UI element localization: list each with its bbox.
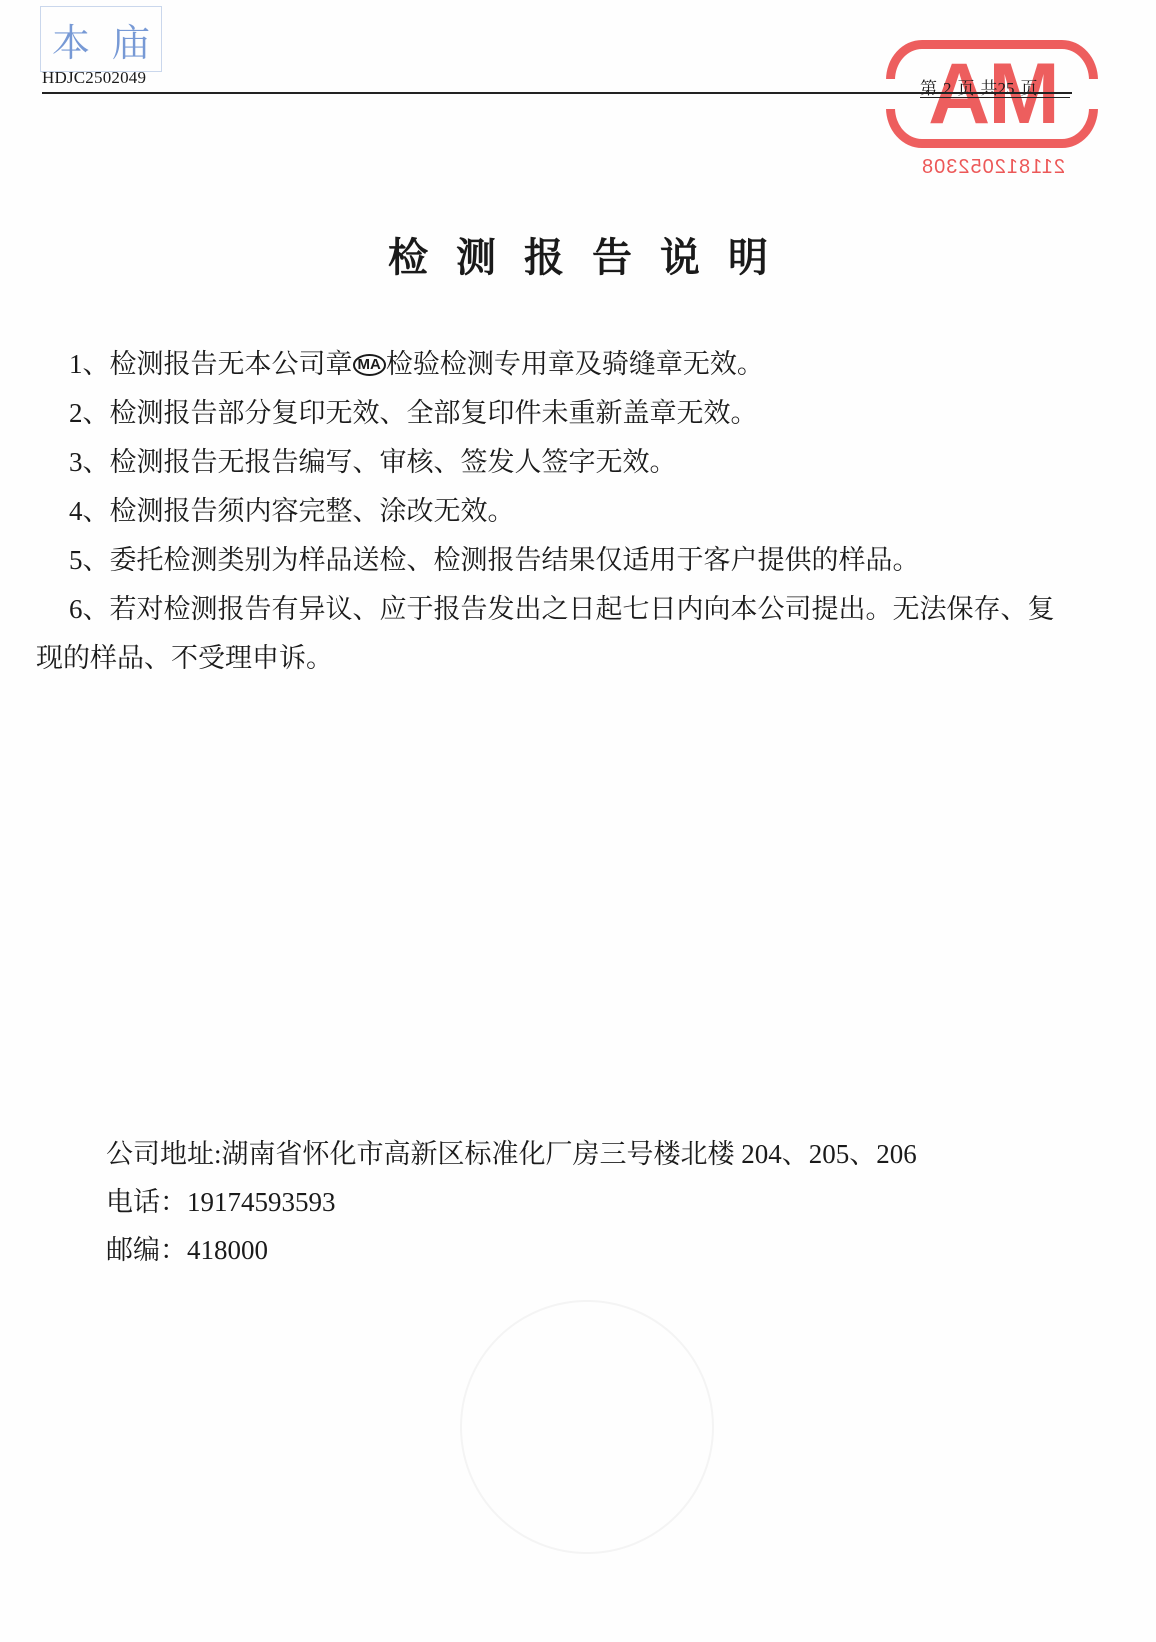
note-item: 5、委托检测类别为样品送检、检测报告结果仅适用于客户提供的样品。	[36, 536, 1076, 585]
postcode-line: 邮编：418000	[106, 1226, 917, 1274]
seal-char: 本	[52, 12, 90, 67]
total-label: 页	[1021, 79, 1038, 98]
seal-char: 庙	[112, 12, 150, 67]
note-item: 1、检测报告无本公司章MA检验检测专用章及骑缝章无效。	[36, 340, 1076, 389]
page-counter-underline	[920, 97, 1070, 98]
address-label: 公司地址:	[106, 1139, 222, 1169]
header-divider	[42, 92, 1072, 94]
faint-seal-watermark	[460, 1300, 714, 1554]
phone-line: 电话：19174593593	[106, 1178, 917, 1226]
total-pages: 25	[998, 79, 1015, 98]
page-title: 检测报告说明	[0, 226, 1156, 283]
address-line: 公司地址:湖南省怀化市高新区标准化厂房三号楼北楼 204、205、206	[106, 1130, 917, 1178]
note-text: 检验检测专用章及骑缝章无效。	[386, 349, 764, 379]
page-prefix: 第	[920, 79, 937, 98]
note-text: 委托检测类别为样品送检、检测报告结果仅适用于客户提供的样品。	[110, 545, 920, 575]
address-value: 湖南省怀化市高新区标准化厂房三号楼北楼 204、205、206	[222, 1139, 917, 1169]
note-number: 2、	[69, 398, 110, 428]
stamp-serial-number: 211812052308	[888, 156, 1098, 179]
note-item: 2、检测报告部分复印无效、全部复印件未重新盖章无效。	[36, 389, 1076, 438]
report-notes-list: 1、检测报告无本公司章MA检验检测专用章及骑缝章无效。 2、检测报告部分复印无效…	[36, 340, 1076, 683]
note-text: 检测报告无本公司章	[110, 349, 353, 379]
cma-mark-icon: MA	[353, 354, 386, 376]
note-number: 6、	[69, 594, 110, 624]
phone-label: 电话：	[106, 1187, 187, 1217]
page-label: 页	[958, 79, 975, 98]
contact-info: 公司地址:湖南省怀化市高新区标准化厂房三号楼北楼 204、205、206 电话：…	[106, 1130, 917, 1274]
postcode-value: 418000	[187, 1235, 268, 1265]
stamp-gap	[883, 79, 897, 109]
blue-signature-seal: 本 庙	[40, 6, 162, 72]
note-text: 检测报告无报告编写、审核、签发人签字无效。	[110, 447, 677, 477]
report-page: 本 庙 HDJC2502049 AM 211812052308 第2页共25页 …	[0, 0, 1156, 1642]
stamp-gap	[1087, 79, 1101, 109]
note-number: 4、	[69, 496, 110, 526]
note-item: 3、检测报告无报告编写、审核、签发人签字无效。	[36, 438, 1076, 487]
note-text: 检测报告部分复印无效、全部复印件未重新盖章无效。	[110, 398, 758, 428]
total-prefix: 共	[981, 79, 998, 98]
note-number: 3、	[69, 447, 110, 477]
postcode-label: 邮编：	[106, 1235, 187, 1265]
phone-value: 19174593593	[187, 1187, 336, 1217]
note-number: 1、	[69, 349, 110, 379]
note-item: 4、检测报告须内容完整、涂改无效。	[36, 487, 1076, 536]
page-counter: 第2页共25页	[920, 74, 1044, 99]
note-item: 6、若对检测报告有异议、应于报告发出之日起七日内向本公司提出。无法保存、复现的样…	[36, 585, 1076, 683]
current-page: 2	[943, 79, 952, 98]
note-number: 5、	[69, 545, 110, 575]
note-text: 若对检测报告有异议、应于报告发出之日起七日内向本公司提出。无法保存、复现的样品、…	[36, 594, 1055, 673]
report-number: HDJC2502049	[42, 68, 146, 88]
note-text: 检测报告须内容完整、涂改无效。	[110, 496, 515, 526]
